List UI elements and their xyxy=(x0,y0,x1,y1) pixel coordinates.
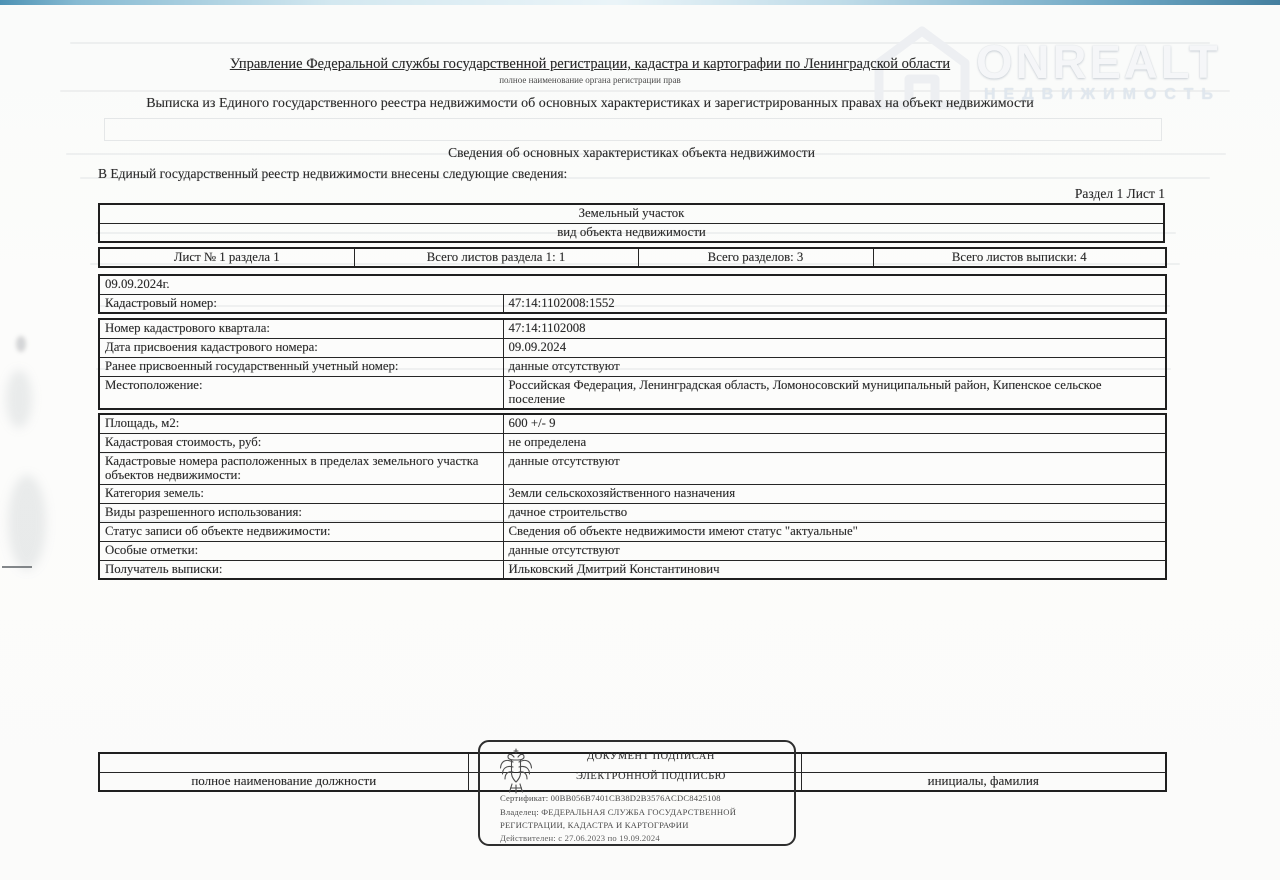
signature-name-caption: инициалы, фамилия xyxy=(801,772,1166,791)
object-type-value: Земельный участок xyxy=(99,204,1164,223)
attribute-label: Местоположение: xyxy=(99,376,503,409)
attribute-label: Ранее присвоенный государственный учетны… xyxy=(99,357,503,376)
attribute-label: Площадь, м2: xyxy=(99,414,503,433)
attribute-label: Дата присвоения кадастрового номера: xyxy=(99,338,503,357)
table-row: Виды разрешенного использования: дачное … xyxy=(99,503,1166,522)
attribute-value: Российская Федерация, Ленинградская обла… xyxy=(503,376,1166,409)
table-row: Местоположение: Российская Федерация, Ле… xyxy=(99,376,1166,409)
signature-empty-cell xyxy=(801,753,1166,772)
document-title: Выписка из Единого государственного реес… xyxy=(40,96,1140,112)
table-row: Категория земель: Земли сельскохозяйстве… xyxy=(99,484,1166,503)
attribute-value: данные отсутствуют xyxy=(503,541,1166,560)
attribute-value: не определена xyxy=(503,433,1166,452)
attribute-value: 600 +/- 9 xyxy=(503,414,1166,433)
table-row: Кадастровые номера расположенных в преде… xyxy=(99,452,1166,484)
sheet-info-cell: Всего листов выписки: 4 xyxy=(873,248,1166,267)
attributes-table-2: Номер кадастрового квартала: 47:14:11020… xyxy=(98,318,1167,410)
scanned-document-page: ONREALT НЕДВИЖИМОСТЬ Управление Федераль… xyxy=(0,0,1280,880)
attribute-value: Земли сельскохозяйственного назначения xyxy=(503,484,1166,503)
attribute-label: Номер кадастрового квартала: xyxy=(99,319,503,338)
attribute-value: данные отсутствуют xyxy=(503,452,1166,484)
attribute-label: Категория земель: xyxy=(99,484,503,503)
attribute-value: дачное строительство xyxy=(503,503,1166,522)
stamp-owner-line1: Владелец: ФЕДЕРАЛЬНАЯ СЛУЖБА ГОСУДАРСТВЕ… xyxy=(500,807,736,817)
scan-top-edge xyxy=(0,0,1280,5)
registration-authority-caption: полное наименование органа регистрации п… xyxy=(0,75,1180,85)
attribute-label: Виды разрешенного использования: xyxy=(99,503,503,522)
attribute-label: Особые отметки: xyxy=(99,541,503,560)
table-row: Кадастровый номер: 47:14:1102008:1552 xyxy=(99,294,1166,313)
electronic-signature-stamp: ДОКУМЕНТ ПОДПИСАН ЭЛЕКТРОННОЙ ПОДПИСЬЮ С… xyxy=(478,740,796,846)
attributes-table-1: 09.09.2024г. Кадастровый номер: 47:14:11… xyxy=(98,274,1167,314)
stamp-title-line2: ЭЛЕКТРОННОЙ ПОДПИСЬЮ xyxy=(494,771,808,782)
sheet-info-table: Лист № 1 раздела 1 Всего листов раздела … xyxy=(98,247,1167,268)
registration-authority-name: Управление Федеральной службы государств… xyxy=(0,56,1180,73)
attribute-value: Сведения об объекте недвижимости имеют с… xyxy=(503,522,1166,541)
signature-empty-cell xyxy=(99,753,468,772)
table-row: Статус записи об объекте недвижимости: С… xyxy=(99,522,1166,541)
signature-position-caption: полное наименование должности xyxy=(99,772,468,791)
object-type-table: Земельный участок вид объекта недвижимос… xyxy=(98,203,1165,243)
stamp-title-line1: ДОКУМЕНТ ПОДПИСАН xyxy=(494,751,808,762)
object-type-caption: вид объекта недвижимости xyxy=(99,223,1164,242)
stamp-certificate: Сертификат: 00BB056B7401CB38D2B3576ACDC8… xyxy=(500,793,721,803)
attribute-value: 47:14:1102008 xyxy=(503,319,1166,338)
attributes-table-3: Площадь, м2: 600 +/- 9 Кадастровая стоим… xyxy=(98,413,1167,580)
table-row: Площадь, м2: 600 +/- 9 xyxy=(99,414,1166,433)
attribute-value: 47:14:1102008:1552 xyxy=(503,294,1166,313)
attribute-label: Получатель выписки: xyxy=(99,560,503,579)
table-row: Кадастровая стоимость, руб: не определен… xyxy=(99,433,1166,452)
stamp-owner-line2: РЕГИСТРАЦИИ, КАДАСТРА И КАРТОГРАФИИ xyxy=(500,820,689,830)
attribute-label: Кадастровая стоимость, руб: xyxy=(99,433,503,452)
section-sheet-marker: Раздел 1 Лист 1 xyxy=(865,186,1165,202)
attribute-value: данные отсутствуют xyxy=(503,357,1166,376)
attribute-label: Статус записи об объекте недвижимости: xyxy=(99,522,503,541)
section-title: Сведения об основных характеристиках объ… xyxy=(98,145,1165,161)
stamp-validity: Действителен: с 27.06.2023 по 19.09.2024 xyxy=(500,833,660,843)
attribute-label: Кадастровый номер: xyxy=(99,294,503,313)
table-row: Особые отметки: данные отсутствуют xyxy=(99,541,1166,560)
sheet-info-cell: Лист № 1 раздела 1 xyxy=(99,248,354,267)
sheet-info-cell: Всего разделов: 3 xyxy=(638,248,873,267)
table-row: Номер кадастрового квартала: 47:14:11020… xyxy=(99,319,1166,338)
extract-date: 09.09.2024г. xyxy=(99,275,1166,294)
sheet-info-cell: Всего листов раздела 1: 1 xyxy=(354,248,638,267)
table-row: Ранее присвоенный государственный учетны… xyxy=(99,357,1166,376)
attribute-label: Кадастровые номера расположенных в преде… xyxy=(99,452,503,484)
intro-line: В Единый государственный реестр недвижим… xyxy=(98,166,998,182)
table-row: Получатель выписки: Ильковский Дмитрий К… xyxy=(99,560,1166,579)
table-row: Дата присвоения кадастрового номера: 09.… xyxy=(99,338,1166,357)
attribute-value: Ильковский Дмитрий Константинович xyxy=(503,560,1166,579)
attribute-value: 09.09.2024 xyxy=(503,338,1166,357)
